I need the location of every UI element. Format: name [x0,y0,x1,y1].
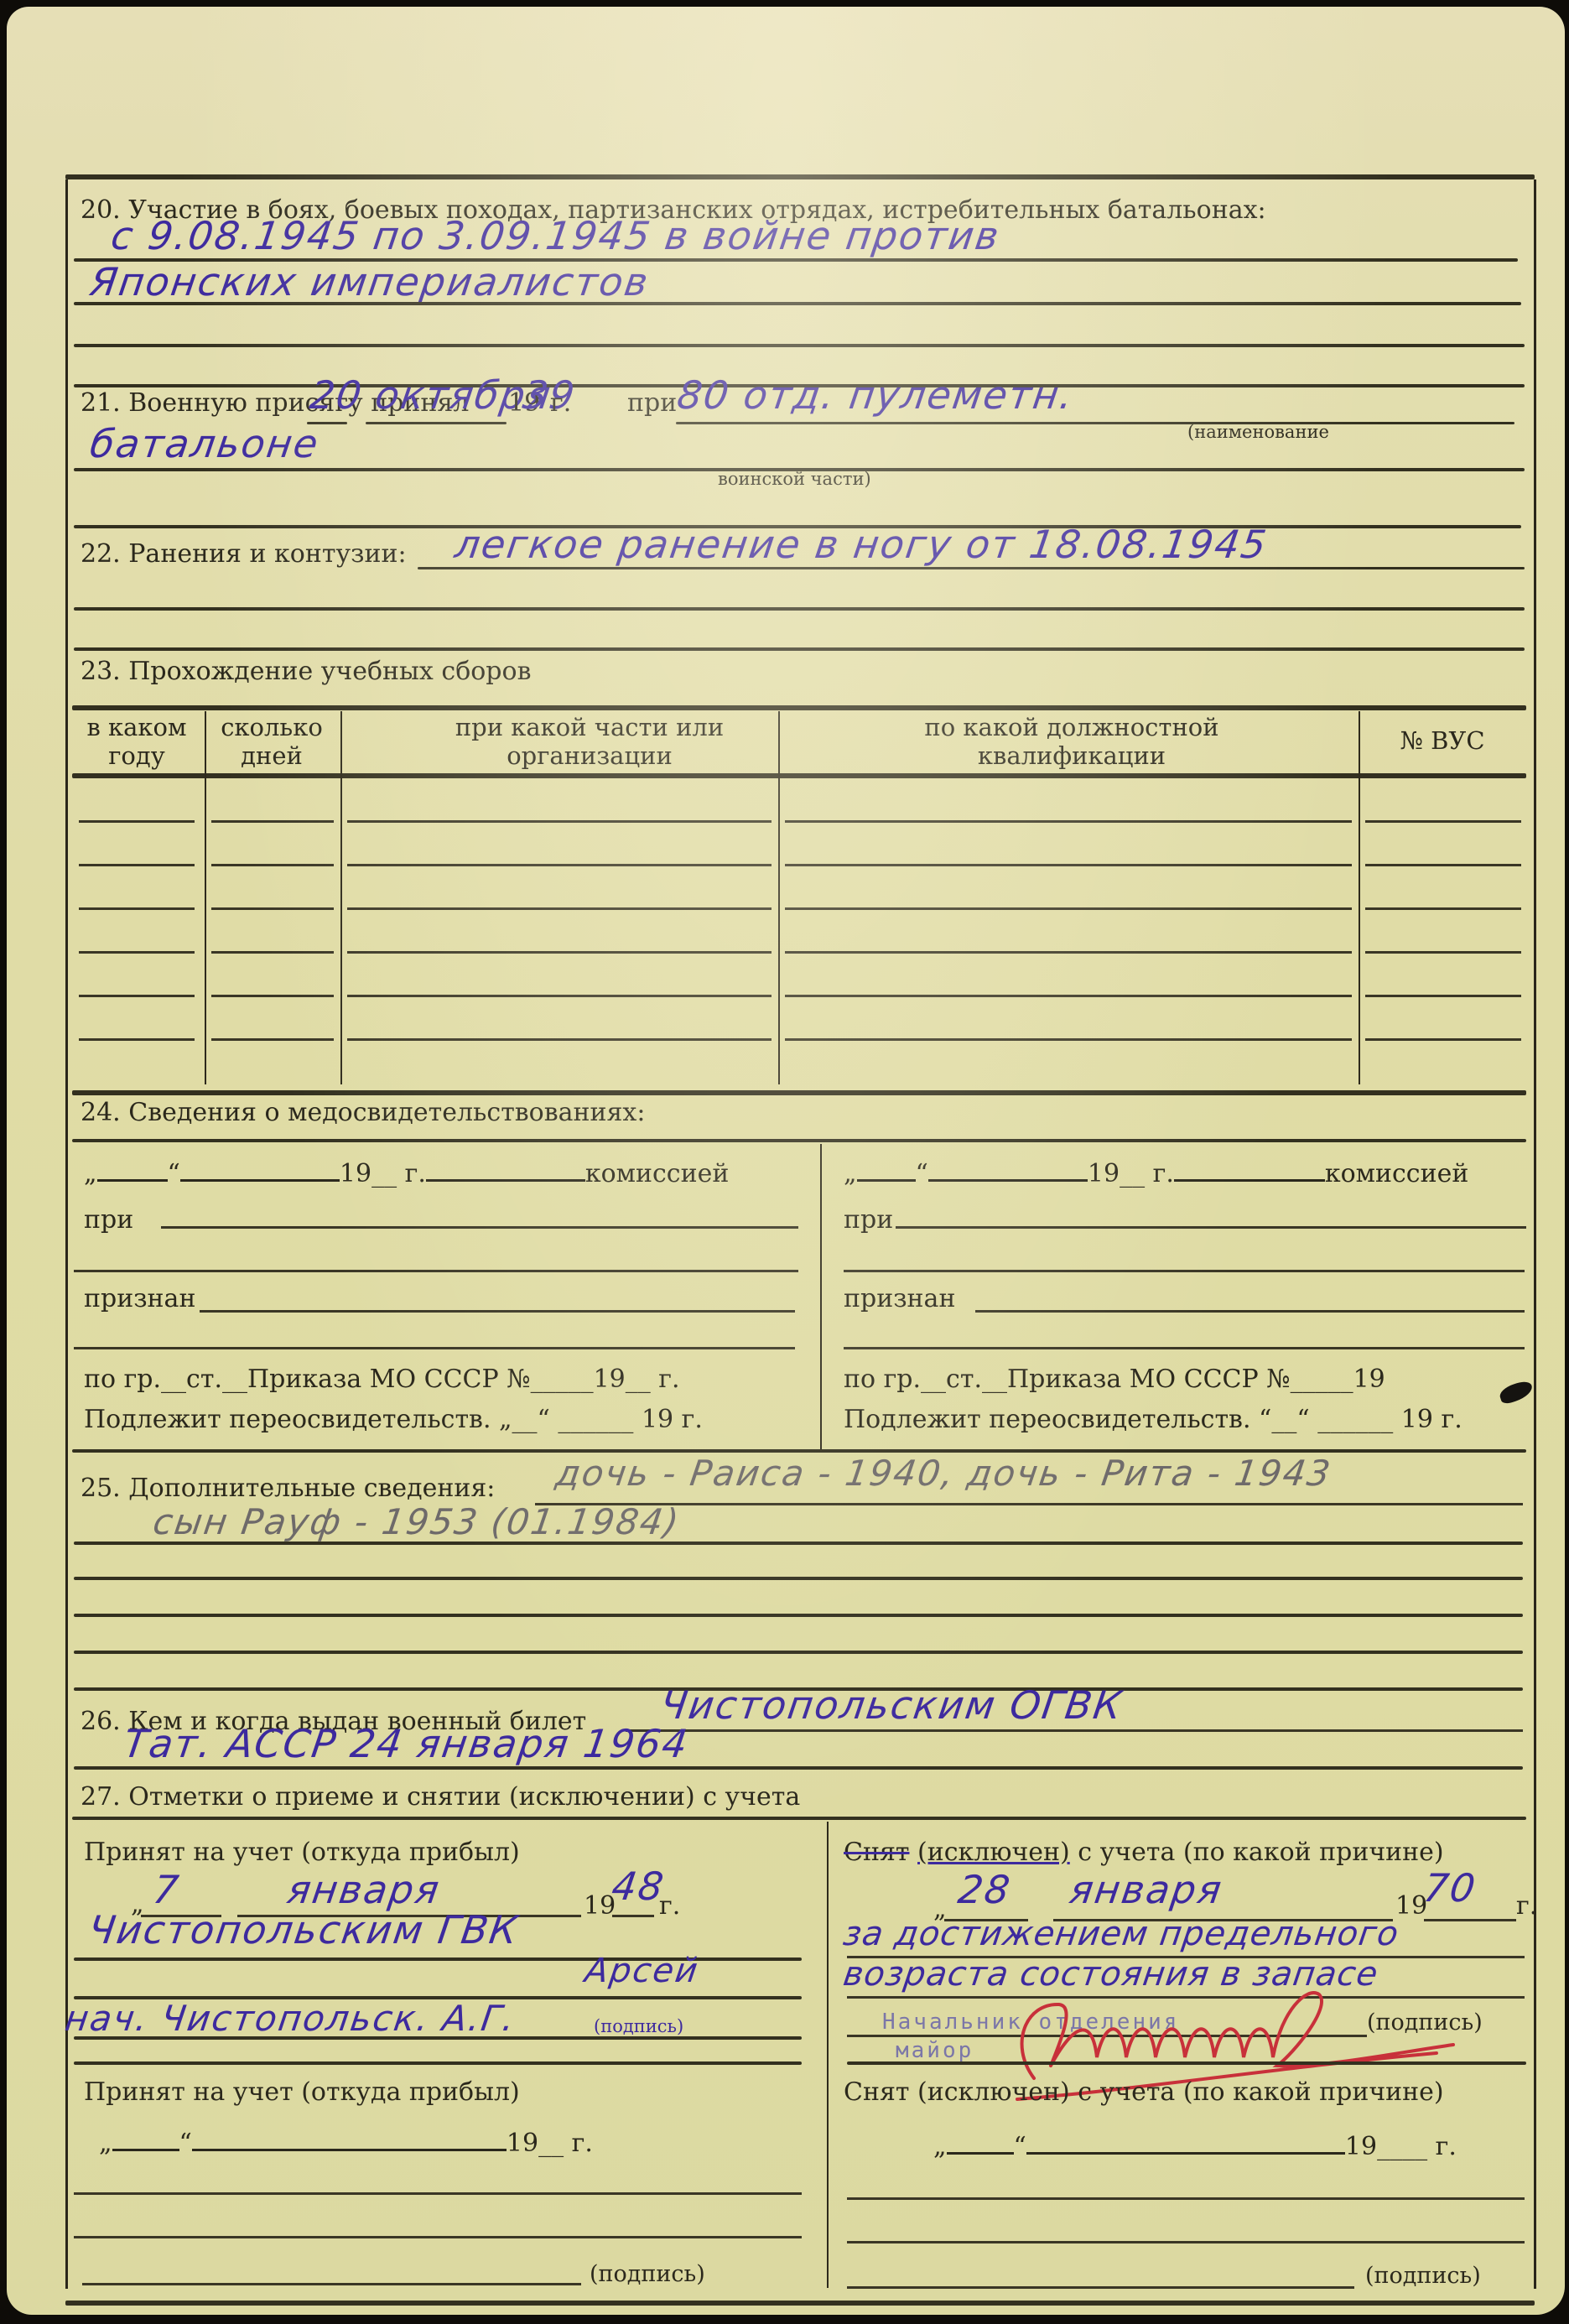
s23-cell-rule [785,1038,1352,1041]
s27-accepted1-from: Чистопольским ГВК [86,1911,522,1949]
s27-accepted1-month: января [285,1870,443,1909]
s23-cell-rule [347,864,772,866]
s21-month-blank [366,422,507,424]
s23-cell-rule [79,995,195,997]
s21-year-suffix: г. [550,391,571,416]
s27-removed1-day: 28 [956,1870,1014,1909]
s23-cell-rule [211,995,334,997]
s21-caption1: (наименование [1187,424,1329,441]
s24-left-commission: комиссией [585,1159,730,1188]
s27-accepted1-from-extra: Арсей [583,1954,701,1988]
s23-cell-rule [211,864,334,866]
s23-cell-rule [785,907,1352,910]
s23-cell-rule [785,995,1352,997]
s25-rule1 [535,1503,1523,1505]
s27-accepted1-year-suffix: г. [659,1894,680,1919]
s23-cell-rule [211,1038,334,1041]
s27-removed1-reason1: за достижением предельного [841,1917,1401,1951]
s22-rule1 [418,567,1525,569]
s21-unit-line1: 80 отд. пулеметн. [675,376,1077,414]
s27-removed1-year-suffix: г. [1516,1894,1537,1919]
s27-accepted1-rule3 [74,2036,802,2040]
bottom-rule [65,2301,1535,2306]
s27-removed1-year-blank [1424,1919,1516,1921]
s24-right-rule3 [844,1347,1525,1349]
s23-col-year: в каком году [74,713,200,770]
s24-left-rule2 [74,1270,798,1272]
s24-rule-top [72,1139,1526,1142]
s23-cell-rule [1365,864,1521,866]
s27-removed1-label: Снят (исключен) с учета (по какой причин… [844,1840,1444,1865]
s24-left-rule3 [74,1347,795,1349]
s23-cell-rule [1365,820,1521,823]
s20-line2: Японских империалистов [88,263,652,301]
s24-left-at: при [84,1208,133,1233]
s24-vdiv [820,1144,822,1450]
s23-cell-rule [211,907,334,910]
s20-rule2 [74,302,1521,305]
s23-vdiv1 [205,711,206,1084]
s24-left-recognized: признан [84,1287,195,1312]
s21-caption2: воинской части) [718,471,871,488]
s24-left-order: по гр.__ст.__Приказа МО СССР №_____19__ … [84,1367,680,1392]
s23-cell-rule [347,907,772,910]
s27-removed1-month: января [1068,1870,1225,1909]
s23-col-vus: № ВУС [1359,726,1526,755]
s23-cell-rule [1365,951,1521,954]
s21-unit-line2: батальоне [88,424,322,463]
s23-cell-rule [347,995,772,997]
s23-header-bottom [72,773,1526,778]
s23-cell-rule [79,864,195,866]
s24-right-reexam: Подлежит переосвидетельств. “__“ ______ … [844,1407,1462,1432]
s23-cell-rule [347,1038,772,1041]
s24-left-reexam: Подлежит переосвидетельств. „__“ ______ … [84,1407,703,1432]
s27-accepted2-label: Принят на учет (откуда прибыл) [84,2080,520,2105]
s27-vdiv [827,1822,829,2288]
s27-accepted1-rule4 [74,2061,802,2065]
s21-unit-rule [676,422,1514,424]
s27-removed2-rule1 [847,2197,1525,2200]
s22-value: легкое ранение в ногу от 18.08.1945 [453,525,1270,564]
s23-table-top [72,705,1526,710]
s27-accepted1-signoff: нач. Чистопольск. А.Г. [63,2001,518,2036]
s24-right-recognized-rule [975,1310,1525,1313]
s23-vdiv2 [340,711,342,1084]
s27-removed2-label: Снят (исключен) с учета (по какой причин… [844,2080,1444,2105]
s23-cell-rule [785,820,1352,823]
s22-rule3 [74,647,1525,651]
s27-accepted1-day: 7 [151,1870,183,1909]
s24-right-date: „“19__ г.комиссией [844,1161,1468,1187]
s23-col-qualification: по какой должностной квалификации [896,713,1248,770]
s24-left-recognized-rule [200,1310,795,1313]
s26-rule1 [626,1729,1523,1732]
s24-label: 24. Сведения о медосвидетельствованиях: [81,1100,645,1126]
s23-cell-rule [785,864,1352,866]
s24-right-rule2 [844,1270,1525,1272]
s26-line2: Тат. АССР 24 января 1964 [122,1724,692,1763]
s23-cell-rule [347,820,772,823]
s23-cell-rule [79,907,195,910]
s27-removed2-sign-caption: (подпись) [1365,2264,1481,2287]
s25-rule2 [74,1542,1523,1545]
document-page: 20. Участие в боях, боевых походах, парт… [7,7,1565,2315]
s27-removed1-label-struck: Снят [844,1838,909,1867]
s27-accepted1-sign-caption: (подпись) [594,2018,683,2035]
s25-rule5 [74,1651,1523,1654]
s23-table-bottom [72,1090,1526,1095]
s23-cell-rule [79,951,195,954]
s23-cell-rule [79,820,195,823]
s23-cell-rule [211,951,334,954]
s27-removed1-rule3 [847,2061,1526,2065]
s25-label: 25. Дополнительные сведения: [81,1476,495,1501]
s20-line1: с 9.08.1945 по 3.09.1945 в войне против [109,216,1003,255]
s22-label: 22. Ранения и контузии: [81,542,407,567]
s27-rule-top [72,1817,1526,1820]
s25-rule3 [74,1577,1523,1580]
s27-accepted2-sign-rule [82,2283,581,2285]
s27-removed2-date-text: 19____ г. [1345,2132,1457,2161]
s25-line2: сын Рауф - 1953 (01.1984) [151,1505,682,1540]
s23-cell-rule [785,951,1352,954]
s27-accepted2-date-text: 19__ г. [507,2129,593,2158]
s27-accepted2-date: „“19__ г. [99,2130,593,2156]
s27-accepted1-label: Принят на учет (откуда прибыл) [84,1840,520,1865]
s23-col-unit: при какой части или организации [401,713,778,770]
s27-label: 27. Отметки о приеме и снятии (исключени… [81,1785,800,1810]
s25-line1: дочь - Раиса - 1940, дочь - Рита - 1943 [553,1456,1333,1491]
s23-cell-rule [1365,1038,1521,1041]
s27-accepted2-rule2 [74,2236,802,2238]
s23-cell-rule [1365,907,1521,910]
s27-accepted2-sign-caption: (подпись) [590,2263,705,2285]
s23-cell-rule [79,1038,195,1041]
s27-removed1-year: 70 [1421,1869,1479,1907]
s24-left-date: „“19__ г.комиссией [84,1161,729,1187]
s27-removed2-date: „“19____ г. [933,2134,1457,2160]
s23-vdiv4 [1359,711,1360,1084]
s23-cell-rule [1365,995,1521,997]
s24-left-at-rule [161,1226,798,1229]
s24-right-at: при [844,1208,893,1233]
s27-removed1-label-rest: с учета (по какой причине) [1070,1838,1444,1867]
s27-accepted1-year-blank [612,1915,654,1917]
s24-right-recognized: признан [844,1287,955,1312]
s26-line1: Чистопольским ОГВК [658,1686,1125,1724]
s23-col-days: сколько дней [205,713,339,770]
s23-vdiv3 [778,711,780,1084]
s27-accepted2-rule1 [74,2192,802,2195]
s27-removed1-stamp-rank: майор [896,2038,974,2063]
s23-cell-rule [211,820,334,823]
s21-at-label: при [627,391,677,416]
s20-rule3 [74,344,1525,347]
s23-label: 23. Прохождение учебных сборов [81,659,531,684]
s21-day: 20 [308,376,366,414]
s24-right-order: по гр.__ст.__Приказа МО СССР №_____19 [844,1367,1385,1392]
s27-removed1-label-underlined: (исключен) [917,1838,1070,1867]
s24-right-at-rule [896,1226,1526,1229]
s23-cell-rule [347,951,772,954]
s24-right-commission: комиссией [1325,1159,1469,1188]
s22-rule2 [74,607,1525,611]
s27-removed2-rule2 [847,2241,1525,2243]
s26-rule2 [74,1766,1523,1770]
s27-removed2-sign-rule [847,2286,1354,2289]
s24-right-date-text: 19__ г. [1088,1159,1174,1188]
s24-left-date-text: 19__ г. [340,1159,426,1188]
s25-rule4 [74,1614,1523,1617]
